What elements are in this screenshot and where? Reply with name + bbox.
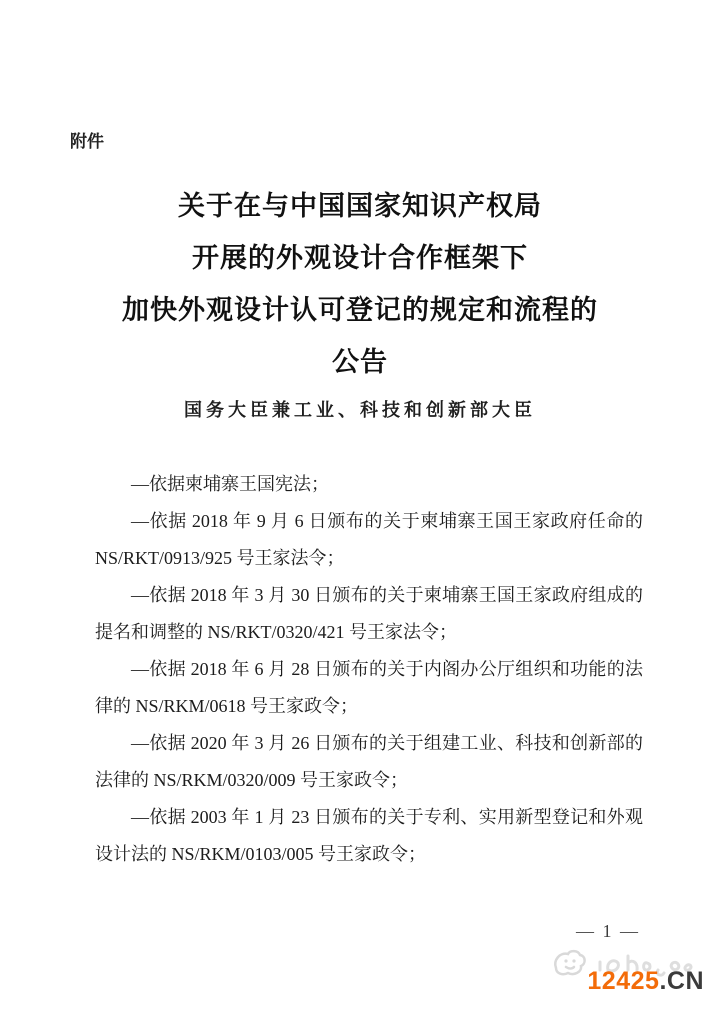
title-line-2: 开展的外观设计合作框架下 [0,232,720,284]
paragraph: —依据柬埔寨王国宪法； [95,466,643,503]
paragraph: —依据 2018 年 3 月 30 日颁布的关于柬埔寨王国王家政府组成的提名和调… [95,577,643,651]
title-line-1: 关于在与中国国家知识产权局 [0,180,720,232]
document-body: —依据柬埔寨王国宪法； —依据 2018 年 9 月 6 日颁布的关于柬埔寨王国… [95,466,643,873]
watermark-suffix: .CN [659,967,704,995]
document-subtitle: 国务大臣兼工业、科技和创新部大臣 [0,397,720,423]
page-number: — 1 — [576,920,640,942]
title-line-3: 加快外观设计认可登记的规定和流程的 [0,284,720,336]
paragraph: —依据 2003 年 1 月 23 日颁布的关于专利、实用新型登记和外观设计法的… [95,799,643,873]
watermark-text: 12425.CN [587,967,704,996]
attachment-label: 附件 [70,130,104,154]
title-line-4: 公告 [0,336,720,388]
paragraph: —依据 2018 年 9 月 6 日颁布的关于柬埔寨王国王家政府任命的 NS/R… [95,503,643,577]
paragraph: —依据 2018 年 6 月 28 日颁布的关于内阁办公厅组织和功能的法律的 N… [95,651,643,725]
document-title: 关于在与中国国家知识产权局 开展的外观设计合作框架下 加快外观设计认可登记的规定… [0,180,720,388]
document-page: 附件 关于在与中国国家知识产权局 开展的外观设计合作框架下 加快外观设计认可登记… [0,0,720,1018]
paragraph: —依据 2020 年 3 月 26 日颁布的关于组建工业、科技和创新部的法律的 … [95,725,643,799]
site-watermark: 12425.CN [548,946,708,998]
watermark-number: 12425 [587,967,659,995]
